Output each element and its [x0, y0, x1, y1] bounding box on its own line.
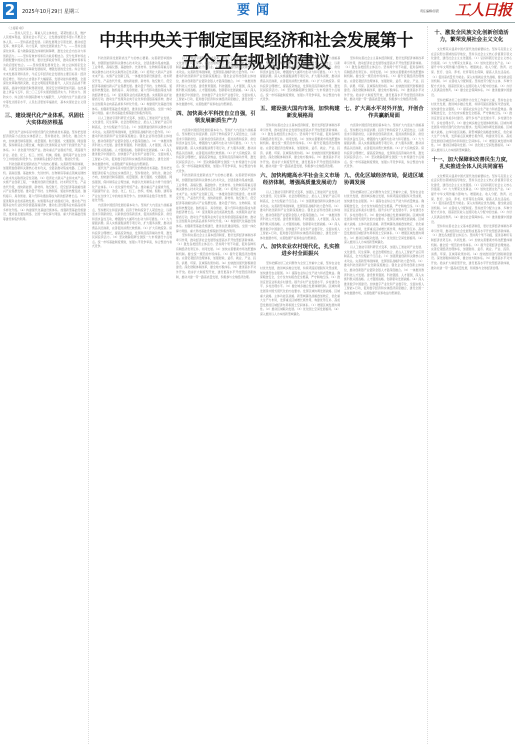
column-divider: [427, 26, 428, 744]
section-heading-9: 九、优化区域经济布局，促进区域协调发展: [344, 173, 424, 187]
body-text: 现代化产业体系是中国式现代化的物质技术基础。坚持把发展经济的着力点放在实体经济上…: [3, 130, 86, 162]
section-title: 要闻: [237, 4, 275, 18]
body-text: 以人工智能引领科研范式变革，加强人工智能同产业发展、文化建设、民生保障、社会治理…: [176, 56, 256, 107]
masthead: 2 2025年10月29日 星期三 要闻 责任编辑/彭跃 工人日报: [0, 0, 515, 23]
section-heading-3: 三、建设现代化产业体系，巩固壮大实体经济根基: [3, 113, 86, 127]
body-text: 内需是中国经济发展的基本动力。坚持扩大内需这个战略基点，坚持惠民生和促消费、投资…: [260, 56, 340, 102]
issue-date: 2025年10月29日 星期三: [22, 9, 79, 15]
section-heading-8: 八、加快农业农村现代化，扎实推进乡村全面振兴: [260, 244, 340, 258]
column-4: 内需是中国经济发展的基本动力。坚持扩大内需这个战略基点，坚持惠民生和促消费、投资…: [260, 56, 340, 746]
section-heading-6: 六、加快构建高水平社会主义市场经济体制，增强高质量发展动力: [260, 173, 340, 187]
body-text: 以人工智能引领科研范式变革，加强人工智能同产业发展、文化建设、民生保障、社会治理…: [92, 116, 172, 167]
body-text: 科技创新是发展新质生产力的核心要素。完善新型举国体制，加强原始创新和关键核心技术…: [176, 173, 256, 233]
section-heading-4: 四、加快高水平科技自立自强，引领发展新质生产力: [176, 111, 256, 125]
body-text: 以人工智能引领科研范式变革，加强人工智能同产业发展、文化建设、民生保障、社会治理…: [344, 245, 424, 296]
body-text: 文化繁荣兴盛是中国式现代化的重要标志。坚持马克思主义在意识形态领域的指导地位，坚…: [431, 174, 512, 225]
body-text: 坚持把解决好三农问题作为全党工作重中之重，坚持农业农村优先发展，推进城乡融合发展…: [344, 190, 424, 245]
body-text: 内需是中国经济发展的基本动力。坚持扩大内需这个战略基点，坚持惠民生和促消费、投资…: [176, 128, 256, 174]
body-text: 坚持和完善社会主义基本经济制度，更好发挥经济体制改革牵引作用，推动经济社会发展形…: [260, 123, 340, 169]
section-heading-7: 七、扩大高水平对外开放，开创合作共赢新局面: [344, 106, 424, 120]
body-text: 内需是中国经济发展的基本动力。坚持扩大内需这个战略基点，坚持惠民生和促消费、投资…: [344, 123, 424, 169]
section-heading-5: 五、建设强大国内市场，加快构建新发展格局: [260, 106, 340, 120]
body-text: ——坚持人民至上。尊重人民主体地位，紧紧依靠人民，维护人民根本利益，促进社会公平…: [3, 31, 86, 109]
body-text: 文化繁荣兴盛是中国式现代化的重要标志。坚持马克思主义在意识形态领域的指导地位，坚…: [431, 47, 512, 98]
section-heading-11: 十一、加大保障和改善民生力度，扎实推进全体人民共同富裕: [431, 157, 512, 171]
column-3: 以人工智能引领科研范式变革，加强人工智能同产业发展、文化建设、民生保障、社会治理…: [176, 56, 256, 746]
body-text: 科技创新是发展新质生产力的核心要素。完善新型举国体制，加强原始创新和关键核心技术…: [3, 162, 86, 222]
body-text: 坚持和完善社会主义基本经济制度，更好发挥经济体制改革牵引作用，推动经济社会发展形…: [431, 224, 512, 270]
body-text: 内需是中国经济发展的基本动力。坚持扩大内需这个战略基点，坚持惠民生和促消费、投资…: [92, 203, 172, 249]
body-text: 以人工智能引领科研范式变革，加强人工智能同产业发展、文化建设、民生保障、社会治理…: [260, 190, 340, 241]
column-divider: [88, 56, 89, 744]
column-1: （上接第1版） ——坚持人民至上。尊重人民主体地位，紧紧依靠人民，维护人民根本利…: [3, 26, 86, 746]
body-text: 坚持把解决好三农问题作为全党工作重中之重，坚持农业农村优先发展，推进城乡融合发展…: [431, 98, 512, 153]
section-heading-10: 十、激发全民族文化创新创造活力，繁荣发展社会主义文化: [431, 30, 512, 44]
body-text: 现代化产业体系是中国式现代化的物质技术基础。坚持把发展经济的着力点放在实体经济上…: [92, 166, 172, 203]
column-6: 十、激发全民族文化创新创造活力，繁荣发展社会主义文化 文化繁荣兴盛是中国式现代化…: [431, 26, 512, 746]
column-5: 坚持和完善社会主义基本经济制度，更好发挥经济体制改革牵引作用，推动经济社会发展形…: [344, 56, 424, 746]
body-text: 科技创新是发展新质生产力的核心要素。完善新型举国体制，加强原始创新和关键核心技术…: [92, 56, 172, 116]
body-text: 坚持和完善社会主义基本经济制度，更好发挥经济体制改革牵引作用，推动经济社会发展形…: [176, 233, 256, 279]
body-text: 坚持和完善社会主义基本经济制度，更好发挥经济体制改革牵引作用，推动经济社会发展形…: [344, 56, 424, 102]
column-2: 科技创新是发展新质生产力的核心要素。完善新型举国体制，加强原始创新和关键核心技术…: [92, 56, 172, 746]
body-text: 坚持把解决好三农问题作为全党工作重中之重，坚持农业农村优先发展，推进城乡融合发展…: [260, 261, 340, 316]
newspaper-logo: 工人日报: [455, 1, 511, 19]
editor-credit: 责任编辑/彭跃: [420, 9, 439, 14]
page-number: 2: [3, 2, 17, 19]
